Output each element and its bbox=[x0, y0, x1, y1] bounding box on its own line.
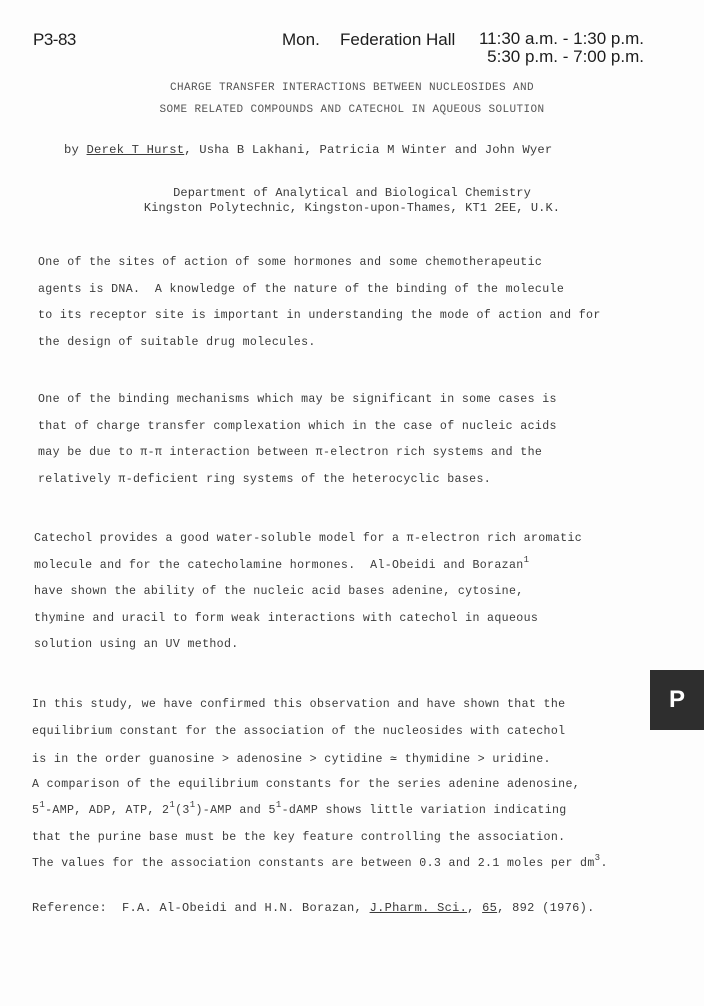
session-code: P3-83 bbox=[33, 30, 76, 50]
text: -AMP, ADP, ATP, 2 bbox=[45, 804, 169, 817]
text: The values for the association constants… bbox=[32, 857, 595, 870]
paragraph-line: equilibrium constant for the association… bbox=[32, 725, 608, 752]
paragraph-1: One of the sites of action of some hormo… bbox=[38, 256, 601, 362]
separator: , bbox=[467, 901, 482, 915]
paragraph-line: molecule and for the catecholamine hormo… bbox=[34, 559, 582, 586]
paragraph-line: agents is DNA. A knowledge of the nature… bbox=[38, 283, 601, 310]
session-time-2: 5:30 p.m. - 7:00 p.m. bbox=[478, 48, 644, 66]
affiliation-institution: Kingston Polytechnic, Kingston-upon-Tham… bbox=[0, 201, 704, 215]
abstract-title-line-1: CHARGE TRANSFER INTERACTIONS BETWEEN NUC… bbox=[0, 82, 704, 94]
text: )-AMP and 5 bbox=[195, 804, 275, 817]
abstract-title-line-2: SOME RELATED COMPOUNDS AND CATECHOL IN A… bbox=[0, 104, 704, 116]
paragraph-line: One of the sites of action of some hormo… bbox=[38, 256, 601, 283]
section-tab-p: P bbox=[650, 670, 704, 730]
paragraph-line: solution using an UV method. bbox=[34, 638, 582, 665]
paragraph-2: One of the binding mechanisms which may … bbox=[38, 393, 557, 499]
paragraph-3: Catechol provides a good water-soluble m… bbox=[34, 532, 582, 665]
session-day: Mon. bbox=[282, 30, 320, 50]
reference-authors: Reference: F.A. Al-Obeidi and H.N. Boraz… bbox=[32, 901, 370, 915]
paragraph-line: In this study, we have confirmed this ob… bbox=[32, 698, 608, 725]
reference-pages-year: , 892 (1976). bbox=[497, 901, 595, 915]
paragraph-line: to its receptor site is important in und… bbox=[38, 309, 601, 336]
presenting-author: Derek T Hurst bbox=[87, 143, 185, 157]
paragraph-line: The values for the association constants… bbox=[32, 857, 608, 884]
author-list: by Derek T Hurst, Usha B Lakhani, Patric… bbox=[64, 143, 552, 157]
paragraph-line: have shown the ability of the nucleic ac… bbox=[34, 585, 582, 612]
text: -dAMP shows little variation indicating bbox=[282, 804, 567, 817]
paragraph-line: is in the order guanosine > adenosine > … bbox=[32, 751, 608, 778]
paragraph-text: molecule and for the catecholamine hormo… bbox=[34, 559, 524, 572]
paragraph-line: 51-AMP, ADP, ATP, 21(31)-AMP and 51-dAMP… bbox=[32, 804, 608, 831]
paragraph-line: thymine and uracil to form weak interact… bbox=[34, 612, 582, 639]
paragraph-line: A comparison of the equilibrium constant… bbox=[32, 778, 608, 805]
abstract-page: P3-83 Mon. Federation Hall 11:30 a.m. - … bbox=[0, 0, 704, 1006]
text: . bbox=[600, 857, 607, 870]
paragraph-4: In this study, we have confirmed this ob… bbox=[32, 698, 608, 884]
affiliation-department: Department of Analytical and Biological … bbox=[0, 186, 704, 200]
session-times: 11:30 a.m. - 1:30 p.m. 5:30 p.m. - 7:00 … bbox=[478, 30, 644, 66]
session-time-1: 11:30 a.m. - 1:30 p.m. bbox=[478, 30, 644, 48]
authors-prefix: by bbox=[64, 143, 87, 157]
session-venue: Federation Hall bbox=[340, 30, 455, 50]
reference-volume: 65 bbox=[482, 901, 497, 915]
citation-superscript: 1 bbox=[524, 555, 530, 565]
reference-journal: J.Pharm. Sci. bbox=[370, 901, 468, 915]
paragraph-line: that of charge transfer complexation whi… bbox=[38, 420, 557, 447]
paragraph-line: may be due to π-π interaction between π-… bbox=[38, 446, 557, 473]
paragraph-line: that the purine base must be the key fea… bbox=[32, 831, 608, 858]
reference: Reference: F.A. Al-Obeidi and H.N. Boraz… bbox=[32, 901, 595, 915]
paragraph-line: relatively π-deficient ring systems of t… bbox=[38, 473, 557, 500]
paragraph-line: Catechol provides a good water-soluble m… bbox=[34, 532, 582, 559]
paragraph-line: the design of suitable drug molecules. bbox=[38, 336, 601, 363]
text: (3 bbox=[175, 804, 190, 817]
co-authors: , Usha B Lakhani, Patricia M Winter and … bbox=[184, 143, 552, 157]
paragraph-line: One of the binding mechanisms which may … bbox=[38, 393, 557, 420]
